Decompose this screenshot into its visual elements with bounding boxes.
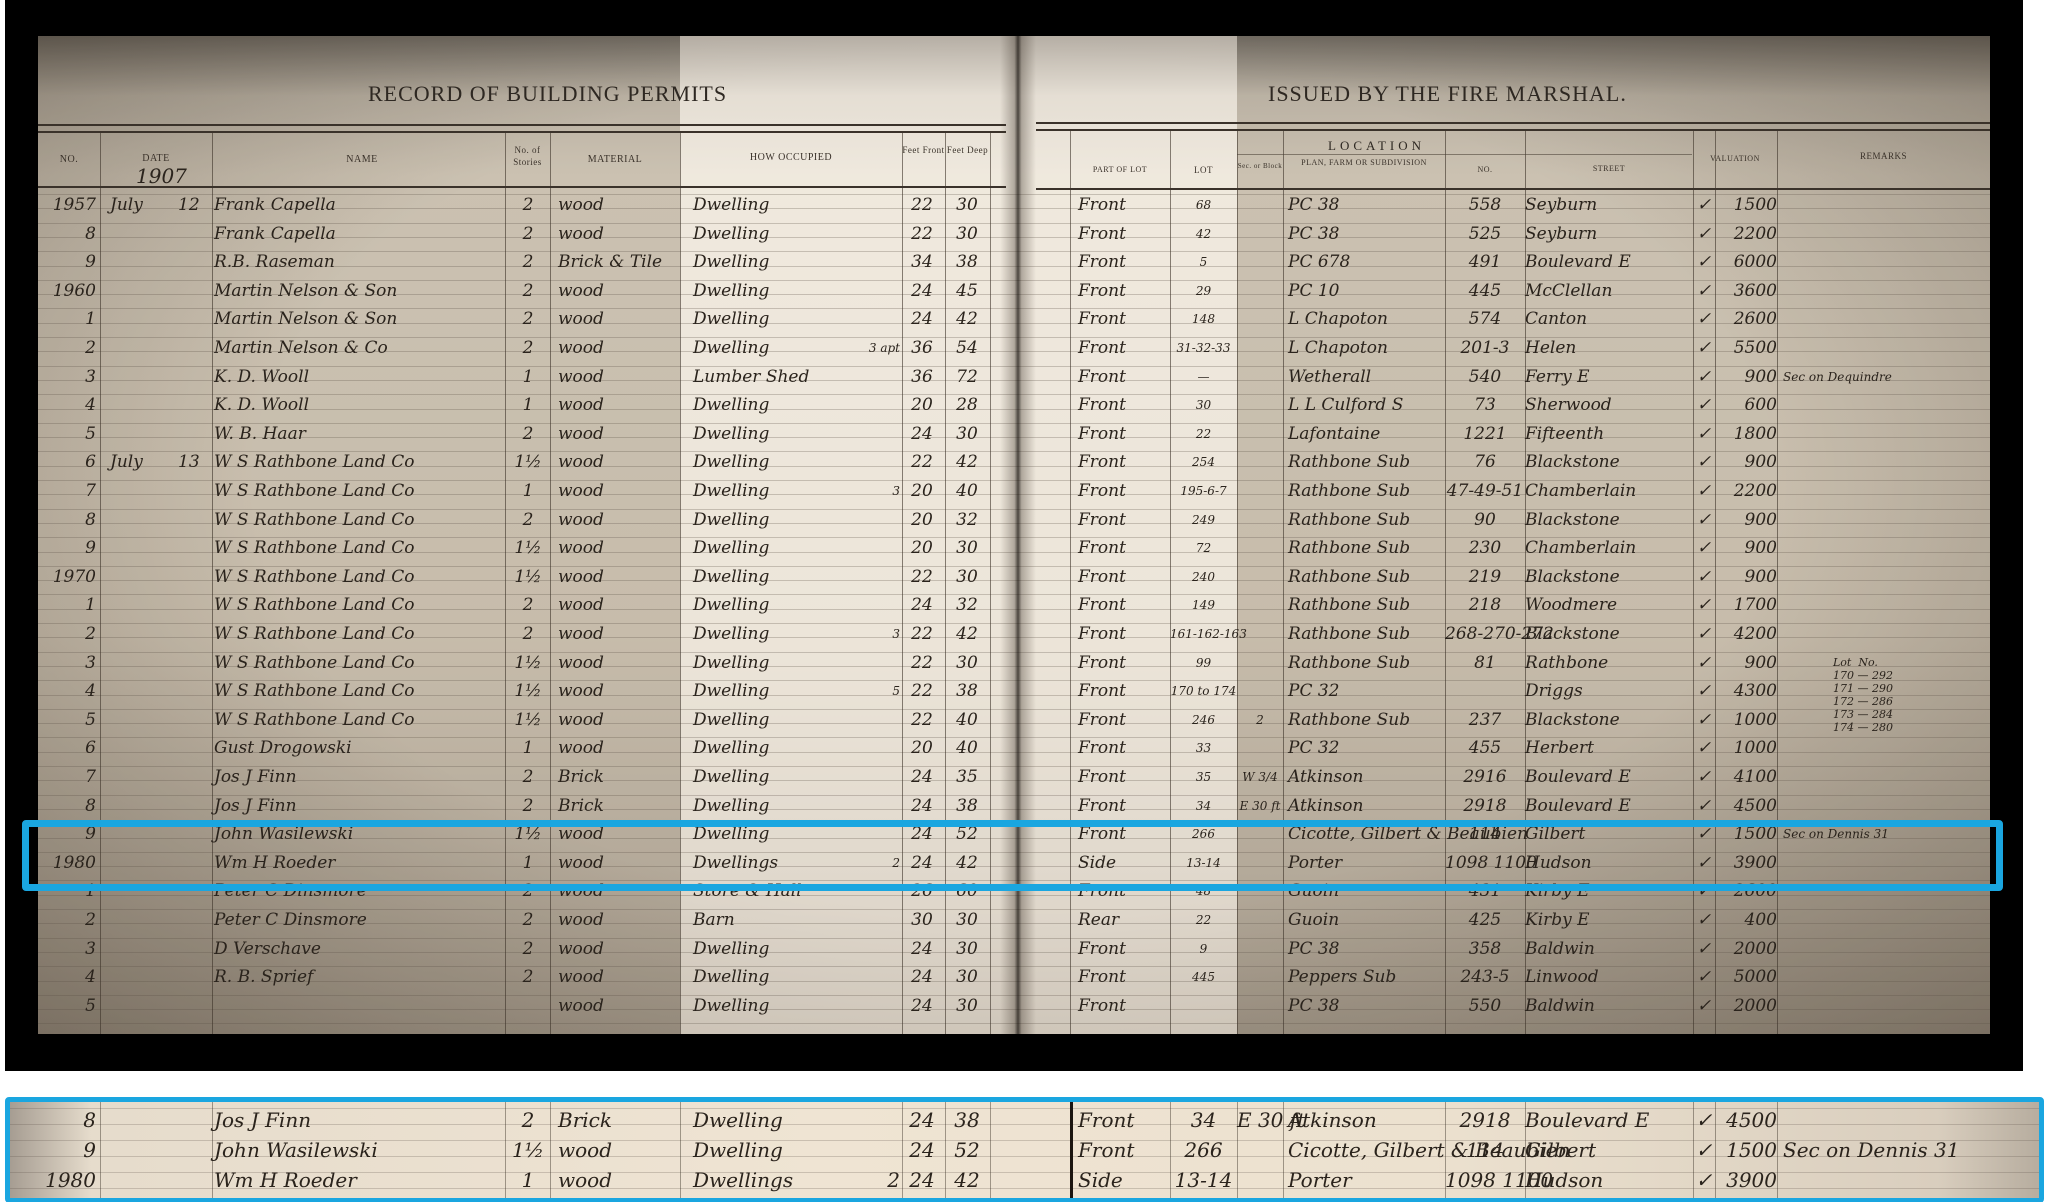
cell-front: 24 xyxy=(902,1166,942,1194)
cell-plan: Rathbone Sub xyxy=(1288,652,1445,674)
cell-plan: Wetherall xyxy=(1288,366,1445,388)
cell-deep: 30 xyxy=(945,537,989,559)
cell-material: wood xyxy=(558,966,680,988)
cell-deep: 30 xyxy=(945,909,989,931)
cell-part: Front xyxy=(1078,480,1168,502)
cell-plan: Peppers Sub xyxy=(1288,966,1445,988)
cell-occupied: Dwelling xyxy=(693,680,883,702)
cell-part: Front xyxy=(1078,366,1168,388)
cell-part: Front xyxy=(1078,737,1168,759)
cell-part: Front xyxy=(1078,938,1168,960)
cell-front: 20 xyxy=(902,509,942,531)
cell-loc-no: 81 xyxy=(1445,652,1525,674)
cell-date-day: 12 xyxy=(178,194,208,216)
cell-loc-no: 2918 xyxy=(1445,1106,1525,1134)
cell-street: Blackstone xyxy=(1525,566,1693,588)
col-header-valuation: VALUATION xyxy=(1693,153,1777,165)
cell-front: 24 xyxy=(902,995,942,1017)
cell-part: Front xyxy=(1078,1136,1168,1164)
cell-name: Jos J Finn xyxy=(214,795,504,817)
cell-stories: 2 xyxy=(508,594,548,616)
cell-stories: 1½ xyxy=(508,680,548,702)
header-bottom-rule-right xyxy=(1036,188,1990,190)
cell-check: ✓ xyxy=(1693,938,1715,960)
cell-part: Front xyxy=(1078,795,1168,817)
cell-part: Front xyxy=(1078,1106,1168,1134)
cell-lot: — xyxy=(1170,366,1237,388)
cell-street: Kirby E xyxy=(1525,909,1693,931)
cell-stories: 1½ xyxy=(508,709,548,731)
cell-date-day: 13 xyxy=(178,451,208,473)
cell-street: Sherwood xyxy=(1525,394,1693,416)
cell-front: 30 xyxy=(902,909,942,931)
cell-street: Blackstone xyxy=(1525,509,1693,531)
cell-part: Front xyxy=(1078,537,1168,559)
cell-street: Ferry E xyxy=(1525,366,1693,388)
cell-lot: 266 xyxy=(1170,1136,1237,1164)
cell-lot: 195-6-7 xyxy=(1170,480,1237,502)
cell-valuation: 400 xyxy=(1715,909,1777,931)
column-divider xyxy=(1777,1102,1778,1198)
cell-lot: 254 xyxy=(1170,451,1237,473)
cell-check: ✓ xyxy=(1693,194,1715,216)
cell-plan: PC 38 xyxy=(1288,223,1445,245)
cell-front: 22 xyxy=(902,451,942,473)
column-divider xyxy=(1070,131,1071,1034)
cell-block: 2 xyxy=(1237,709,1283,731)
cell-no: 3 xyxy=(38,938,96,960)
col-header-sec-block: Sec. or Block xyxy=(1237,160,1283,172)
cell-deep: 42 xyxy=(945,1166,989,1194)
cell-name: John Wasilewski xyxy=(214,1136,504,1164)
cell-no: 1 xyxy=(38,308,96,330)
cell-loc-no: 243-5 xyxy=(1445,966,1525,988)
cell-part: Front xyxy=(1078,280,1168,302)
cell-loc-no: 218 xyxy=(1445,594,1525,616)
cell-part: Rear xyxy=(1078,909,1168,931)
cell-valuation: 2200 xyxy=(1715,223,1777,245)
cell-deep: 30 xyxy=(945,966,989,988)
cell-no: 3 xyxy=(38,366,96,388)
cell-lot: 161-162-163 xyxy=(1170,623,1237,645)
cell-extra: 2 xyxy=(868,1166,900,1194)
cell-material: Brick xyxy=(558,766,680,788)
cell-lot: 9 xyxy=(1170,938,1237,960)
cell-street: Boulevard E xyxy=(1525,795,1693,817)
cell-no: 8 xyxy=(38,795,96,817)
column-divider xyxy=(550,131,551,1034)
cell-valuation: 6000 xyxy=(1715,251,1777,273)
column-divider xyxy=(680,131,681,1034)
cell-deep: 42 xyxy=(945,451,989,473)
cell-material: Brick xyxy=(558,795,680,817)
cell-check: ✓ xyxy=(1693,537,1715,559)
cell-occupied: Lumber Shed xyxy=(693,366,883,388)
cell-no: 8 xyxy=(38,509,96,531)
column-divider xyxy=(212,131,213,1034)
cell-lot: 31-32-33 xyxy=(1170,337,1237,359)
cell-loc-no: 425 xyxy=(1445,909,1525,931)
cell-valuation: 1000 xyxy=(1715,737,1777,759)
cell-check: ✓ xyxy=(1693,1166,1715,1194)
cell-check: ✓ xyxy=(1693,251,1715,273)
cell-stories: 2 xyxy=(508,337,548,359)
cell-material: wood xyxy=(558,308,680,330)
cell-plan: L Chapoton xyxy=(1288,308,1445,330)
cell-part: Front xyxy=(1078,680,1168,702)
cell-name: W S Rathbone Land Co xyxy=(214,652,504,674)
cell-date-month: July xyxy=(110,194,170,216)
cell-front: 24 xyxy=(902,795,942,817)
cell-name: W S Rathbone Land Co xyxy=(214,623,504,645)
cell-plan: Atkinson xyxy=(1288,795,1445,817)
cell-loc-no: 230 xyxy=(1445,537,1525,559)
cell-loc-no: 268-270-272 xyxy=(1445,623,1525,645)
cell-valuation: 900 xyxy=(1715,451,1777,473)
header-top-rule-right xyxy=(1036,122,1990,124)
cell-no: 6 xyxy=(38,737,96,759)
cell-check: ✓ xyxy=(1693,280,1715,302)
cell-material: wood xyxy=(558,223,680,245)
cell-occupied: Dwelling xyxy=(693,966,883,988)
cell-plan: Rathbone Sub xyxy=(1288,537,1445,559)
cell-no: 5 xyxy=(38,995,96,1017)
col-header-loc-no: NO. xyxy=(1445,164,1525,176)
cell-check: ✓ xyxy=(1693,766,1715,788)
cell-no: 3 xyxy=(38,652,96,674)
cell-front: 22 xyxy=(902,652,942,674)
cell-part: Front xyxy=(1078,709,1168,731)
cell-lot: 249 xyxy=(1170,509,1237,531)
cell-valuation: 900 xyxy=(1715,652,1777,674)
cell-valuation: 1800 xyxy=(1715,423,1777,445)
cell-stories: 2 xyxy=(508,623,548,645)
cell-remarks: Sec on Dequindre xyxy=(1783,366,1988,388)
cell-valuation: 4500 xyxy=(1715,1106,1777,1134)
cell-front: 24 xyxy=(902,280,942,302)
cell-street: Blackstone xyxy=(1525,709,1693,731)
cell-front: 22 xyxy=(902,623,942,645)
cell-street: Rathbone xyxy=(1525,652,1693,674)
cell-part: Front xyxy=(1078,995,1168,1017)
cell-no: 4 xyxy=(38,680,96,702)
cell-deep: 32 xyxy=(945,509,989,531)
cell-name: R.B. Raseman xyxy=(214,251,504,273)
cell-part: Front xyxy=(1078,966,1168,988)
cell-street: Canton xyxy=(1525,308,1693,330)
location-group-header: LOCATION xyxy=(1328,138,1425,154)
cell-loc-no: 90 xyxy=(1445,509,1525,531)
cell-no: 2 xyxy=(38,909,96,931)
cell-lot: 246 xyxy=(1170,709,1237,731)
cell-material: wood xyxy=(558,909,680,931)
cell-front: 24 xyxy=(902,594,942,616)
cell-front: 24 xyxy=(902,966,942,988)
cell-check: ✓ xyxy=(1693,337,1715,359)
cell-stories: 1½ xyxy=(508,652,548,674)
cell-loc-no: 219 xyxy=(1445,566,1525,588)
cell-street: Woodmere xyxy=(1525,594,1693,616)
cell-deep: 30 xyxy=(945,995,989,1017)
row-highlight-box xyxy=(22,820,2003,891)
column-divider xyxy=(100,131,101,1034)
cell-plan: L Chapoton xyxy=(1288,337,1445,359)
col-header-plan: PLAN, FARM OR SUBDIVISION xyxy=(1283,158,1445,167)
cell-name: D Verschave xyxy=(214,938,504,960)
cell-check: ✓ xyxy=(1693,223,1715,245)
cell-stories: 2 xyxy=(508,423,548,445)
cell-check: ✓ xyxy=(1693,795,1715,817)
cell-occupied: Dwelling xyxy=(693,280,883,302)
cell-check: ✓ xyxy=(1693,966,1715,988)
cell-lot: 148 xyxy=(1170,308,1237,330)
cell-loc-no: 574 xyxy=(1445,308,1525,330)
cell-valuation: 1500 xyxy=(1715,194,1777,216)
cell-stories: 2 xyxy=(508,1106,548,1134)
cell-occupied: Dwelling xyxy=(693,308,883,330)
cell-loc-no: 445 xyxy=(1445,280,1525,302)
cell-valuation: 4500 xyxy=(1715,795,1777,817)
lot-number-note: Lot No. 170 — 292 171 — 290 172 — 286 17… xyxy=(1833,656,1893,734)
cell-part: Front xyxy=(1078,194,1168,216)
cell-occupied: Dwelling xyxy=(693,1106,883,1134)
cell-name: Gust Drogowski xyxy=(214,737,504,759)
cell-deep: 40 xyxy=(945,709,989,731)
cell-occupied: Dwelling xyxy=(693,337,883,359)
location-group-rule xyxy=(1237,154,1692,155)
col-header-lot: LOT xyxy=(1170,164,1237,176)
cell-valuation: 1700 xyxy=(1715,594,1777,616)
cell-plan: PC 32 xyxy=(1288,680,1445,702)
cell-name: Jos J Finn xyxy=(214,1106,504,1134)
cell-extra: 5 xyxy=(868,680,900,702)
cell-deep: 38 xyxy=(945,1106,989,1134)
col-header-remarks: REMARKS xyxy=(1777,150,1990,162)
cell-no: 8 xyxy=(38,1106,96,1134)
cell-extra: 3 xyxy=(868,480,900,502)
cell-occupied: Dwelling xyxy=(693,251,883,273)
cell-street: Hudson xyxy=(1525,1166,1693,1194)
cell-deep: 38 xyxy=(945,680,989,702)
cell-name: W. B. Haar xyxy=(214,423,504,445)
cell-material: wood xyxy=(558,480,680,502)
cell-valuation: 4100 xyxy=(1715,766,1777,788)
cell-occupied: Dwelling xyxy=(693,394,883,416)
cell-occupied: Dwelling xyxy=(693,566,883,588)
cell-deep: 38 xyxy=(945,795,989,817)
col-header-how-occupied: HOW OCCUPIED xyxy=(680,152,902,164)
cell-check: ✓ xyxy=(1693,366,1715,388)
cell-street: Blackstone xyxy=(1525,451,1693,473)
cell-deep: 40 xyxy=(945,737,989,759)
cell-check: ✓ xyxy=(1693,308,1715,330)
cell-block: W 3/4 xyxy=(1237,766,1283,788)
cell-deep: 28 xyxy=(945,394,989,416)
cell-valuation: 900 xyxy=(1715,537,1777,559)
cell-lot: 445 xyxy=(1170,966,1237,988)
cell-occupied: Dwelling xyxy=(693,709,883,731)
cell-occupied: Dwelling xyxy=(693,451,883,473)
cell-check: ✓ xyxy=(1693,451,1715,473)
cell-front: 22 xyxy=(902,223,942,245)
cell-valuation: 5500 xyxy=(1715,337,1777,359)
cell-valuation: 1000 xyxy=(1715,709,1777,731)
cell-check: ✓ xyxy=(1693,509,1715,531)
cell-lot: 240 xyxy=(1170,566,1237,588)
cell-loc-no: 1098 1100 xyxy=(1445,1166,1525,1194)
cell-part: Front xyxy=(1078,766,1168,788)
cell-material: wood xyxy=(558,938,680,960)
cell-loc-no: 455 xyxy=(1445,737,1525,759)
cell-occupied: Dwelling xyxy=(693,480,883,502)
cell-deep: 30 xyxy=(945,938,989,960)
cell-check: ✓ xyxy=(1693,737,1715,759)
cell-part: Front xyxy=(1078,652,1168,674)
cell-name: Frank Capella xyxy=(214,194,504,216)
cell-lot: 22 xyxy=(1170,423,1237,445)
cell-loc-no: 1221 xyxy=(1445,423,1525,445)
cell-plan: Rathbone Sub xyxy=(1288,566,1445,588)
cell-front: 24 xyxy=(902,1136,942,1164)
cell-valuation: 600 xyxy=(1715,394,1777,416)
cell-no: 1 xyxy=(38,594,96,616)
cell-deep: 32 xyxy=(945,594,989,616)
cell-lot: 68 xyxy=(1170,194,1237,216)
cell-deep: 42 xyxy=(945,623,989,645)
cell-loc-no: 2918 xyxy=(1445,795,1525,817)
cell-loc-no: 237 xyxy=(1445,709,1525,731)
cell-valuation: 900 xyxy=(1715,566,1777,588)
cell-valuation: 2000 xyxy=(1715,938,1777,960)
cell-no: 1970 xyxy=(38,566,96,588)
cell-part: Side xyxy=(1078,1166,1168,1194)
cell-plan: Cicotte, Gilbert & Beaubien xyxy=(1288,1136,1445,1164)
cell-street: Baldwin xyxy=(1525,938,1693,960)
cell-front: 24 xyxy=(902,308,942,330)
cell-occupied: Dwelling xyxy=(693,537,883,559)
cell-loc-no: 47-49-51 xyxy=(1445,480,1525,502)
cell-street: Fifteenth xyxy=(1525,423,1693,445)
cell-lot: 42 xyxy=(1170,223,1237,245)
cell-no: 9 xyxy=(38,251,96,273)
cell-stories: 2 xyxy=(508,223,548,245)
cell-street: Boulevard E xyxy=(1525,766,1693,788)
cell-plan: Porter xyxy=(1288,1166,1445,1194)
cell-material: wood xyxy=(558,709,680,731)
column-divider xyxy=(990,1102,991,1198)
cell-stories: 1½ xyxy=(508,566,548,588)
header-top-rule-left xyxy=(38,124,1006,126)
cell-street: Seyburn xyxy=(1525,223,1693,245)
cell-loc-no: 491 xyxy=(1445,251,1525,273)
cell-occupied: Dwelling xyxy=(693,938,883,960)
cell-front: 24 xyxy=(902,1106,942,1134)
cell-part: Front xyxy=(1078,251,1168,273)
cell-part: Front xyxy=(1078,394,1168,416)
cell-plan: Rathbone Sub xyxy=(1288,594,1445,616)
cell-front: 22 xyxy=(902,709,942,731)
cell-deep: 30 xyxy=(945,194,989,216)
cell-plan: PC 38 xyxy=(1288,938,1445,960)
cell-loc-no: 201-3 xyxy=(1445,337,1525,359)
cell-stories: 1½ xyxy=(508,537,548,559)
cell-lot: 35 xyxy=(1170,766,1237,788)
cell-date-month: July xyxy=(110,451,170,473)
cell-check: ✓ xyxy=(1693,623,1715,645)
cell-occupied: Dwelling xyxy=(693,509,883,531)
cell-material: wood xyxy=(558,423,680,445)
cell-plan: PC 678 xyxy=(1288,251,1445,273)
cell-lot: 170 to 174 xyxy=(1170,680,1237,702)
cell-front: 20 xyxy=(902,737,942,759)
column-divider xyxy=(505,131,506,1034)
cell-material: wood xyxy=(558,737,680,759)
cell-plan: Rathbone Sub xyxy=(1288,709,1445,731)
cell-stories: 2 xyxy=(508,509,548,531)
cell-street: Seyburn xyxy=(1525,194,1693,216)
cell-occupied: Dwelling xyxy=(693,766,883,788)
cell-lot: 34 xyxy=(1170,795,1237,817)
cell-plan: Lafontaine xyxy=(1288,423,1445,445)
cell-no: 7 xyxy=(38,480,96,502)
cell-valuation: 2600 xyxy=(1715,308,1777,330)
cell-plan: Atkinson xyxy=(1288,1106,1445,1134)
cell-no: 2 xyxy=(38,623,96,645)
cell-name: Peter C Dinsmore xyxy=(214,909,504,931)
cell-valuation: 5000 xyxy=(1715,966,1777,988)
cell-front: 24 xyxy=(902,423,942,445)
cell-plan: Rathbone Sub xyxy=(1288,509,1445,531)
cell-stories: 1½ xyxy=(508,451,548,473)
cell-lot: 33 xyxy=(1170,737,1237,759)
cell-material: Brick & Tile xyxy=(558,251,680,273)
cell-no: 6 xyxy=(38,451,96,473)
cell-stories: 1 xyxy=(508,1166,548,1194)
cell-name: Martin Nelson & Son xyxy=(214,280,504,302)
cell-street: Boulevard E xyxy=(1525,251,1693,273)
cell-occupied: Dwelling xyxy=(693,194,883,216)
header-top-rule-left-2 xyxy=(38,131,1006,133)
column-divider xyxy=(100,1102,101,1198)
cell-check: ✓ xyxy=(1693,1106,1715,1134)
cell-stories: 2 xyxy=(508,280,548,302)
cell-stories: 2 xyxy=(508,966,548,988)
cell-deep: 72 xyxy=(945,366,989,388)
cell-lot: 13-14 xyxy=(1170,1166,1237,1194)
col-header-street: STREET xyxy=(1525,163,1693,175)
cell-part: Front xyxy=(1078,337,1168,359)
cell-material: wood xyxy=(558,623,680,645)
cell-check: ✓ xyxy=(1693,909,1715,931)
cell-name: W S Rathbone Land Co xyxy=(214,680,504,702)
cell-no: 9 xyxy=(38,1136,96,1164)
cell-name: R. B. Sprief xyxy=(214,966,504,988)
cell-valuation: 4300 xyxy=(1715,680,1777,702)
cell-deep: 40 xyxy=(945,480,989,502)
cell-front: 24 xyxy=(902,938,942,960)
cell-name: W S Rathbone Land Co xyxy=(214,709,504,731)
column-divider xyxy=(1777,131,1778,1034)
cell-material: wood xyxy=(558,594,680,616)
cell-lot: 22 xyxy=(1170,909,1237,931)
cell-occupied: Dwelling xyxy=(693,1136,883,1164)
cell-material: wood xyxy=(558,995,680,1017)
cell-lot: 149 xyxy=(1170,594,1237,616)
cell-stories: 1½ xyxy=(508,1136,548,1164)
right-page-title: ISSUED BY THE FIRE MARSHAL. xyxy=(1268,81,1627,107)
cell-material: wood xyxy=(558,566,680,588)
cell-deep: 30 xyxy=(945,223,989,245)
